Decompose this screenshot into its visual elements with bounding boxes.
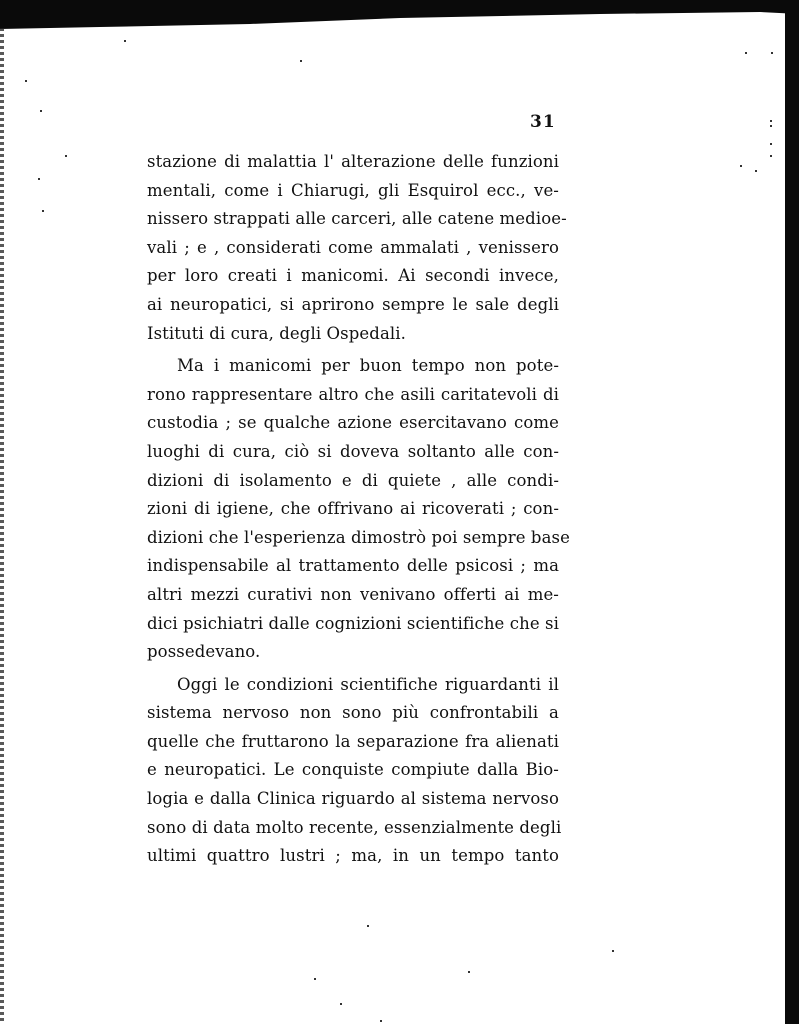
scan-speck	[771, 52, 773, 54]
text-line: mentali, come i Chiarugi, gli Esquirol e…	[147, 177, 559, 206]
text-line: Istituti di cura, degli Ospedali.	[147, 320, 559, 349]
scan-speck	[755, 170, 757, 172]
scan-top-border	[0, 0, 799, 30]
text-line: Oggi le condizioni scientifiche riguarda…	[147, 671, 559, 700]
scan-speck	[745, 52, 747, 54]
text-line: luoghi di cura, ciò si doveva soltanto a…	[147, 438, 559, 467]
paragraph: stazione di malattia l' alterazione dell…	[147, 148, 559, 348]
scan-speck	[124, 40, 126, 42]
scan-speck	[770, 143, 772, 145]
paragraph: Oggi le condizioni scientifiche riguarda…	[147, 671, 559, 871]
text-line: custodia ; se qualche azione esercitavan…	[147, 409, 559, 438]
text-line: stazione di malattia l' alterazione dell…	[147, 148, 559, 177]
paragraph: Ma i manicomi per buon tempo non pote-ro…	[147, 352, 559, 667]
scan-speck	[740, 165, 742, 167]
text-line: dizioni che l'esperienza dimostrò poi se…	[147, 524, 559, 553]
text-line: nissero strappati alle carceri, alle cat…	[147, 205, 559, 234]
scan-speck	[40, 110, 42, 112]
text-line: logia e dalla Clinica riguardo al sistem…	[147, 785, 559, 814]
text-line: indispensabile al trattamento delle psic…	[147, 552, 559, 581]
scan-speck	[468, 971, 470, 973]
scan-left-border	[0, 28, 4, 1024]
page-number: 31	[530, 112, 556, 132]
scan-speck	[314, 978, 316, 980]
text-line: sono di data molto recente, essenzialmen…	[147, 814, 559, 843]
text-line: e neuropatici. Le conquiste compiute dal…	[147, 756, 559, 785]
text-line: vali ; e , considerati come ammalati , v…	[147, 234, 559, 263]
scan-speck	[612, 950, 614, 952]
text-line: dizioni di isolamento e di quiete , alle…	[147, 467, 559, 496]
scan-speck	[770, 155, 772, 157]
text-line: quelle che fruttarono la separazione fra…	[147, 728, 559, 757]
scan-speck	[38, 178, 40, 180]
text-line: sistema nervoso non sono più confrontabi…	[147, 699, 559, 728]
scan-right-border	[785, 0, 799, 1024]
text-line: zioni di igiene, che offrivano ai ricove…	[147, 495, 559, 524]
scan-speck	[65, 155, 67, 157]
scan-speck	[300, 60, 302, 62]
scan-speck	[770, 120, 772, 122]
scan-speck	[42, 210, 44, 212]
text-line: Ma i manicomi per buon tempo non pote-	[147, 352, 559, 381]
body-text: stazione di malattia l' alterazione dell…	[147, 148, 559, 871]
scan-speck	[770, 125, 772, 127]
text-line: rono rappresentare altro che asili carit…	[147, 381, 559, 410]
scan-shadow-shape	[0, 0, 799, 30]
scan-speck	[367, 925, 369, 927]
text-line: ai neuropatici, si aprirono sempre le sa…	[147, 291, 559, 320]
scan-speck	[340, 1003, 342, 1005]
scan-speck	[25, 80, 27, 82]
text-line: per loro creati i manicomi. Ai secondi i…	[147, 262, 559, 291]
text-line: altri mezzi curativi non venivano offert…	[147, 581, 559, 610]
text-line: dici psichiatri dalle cognizioni scienti…	[147, 610, 559, 639]
scan-speck	[380, 1020, 382, 1022]
text-line: ultimi quattro lustri ; ma, in un tempo …	[147, 842, 559, 871]
text-line: possedevano.	[147, 638, 559, 667]
